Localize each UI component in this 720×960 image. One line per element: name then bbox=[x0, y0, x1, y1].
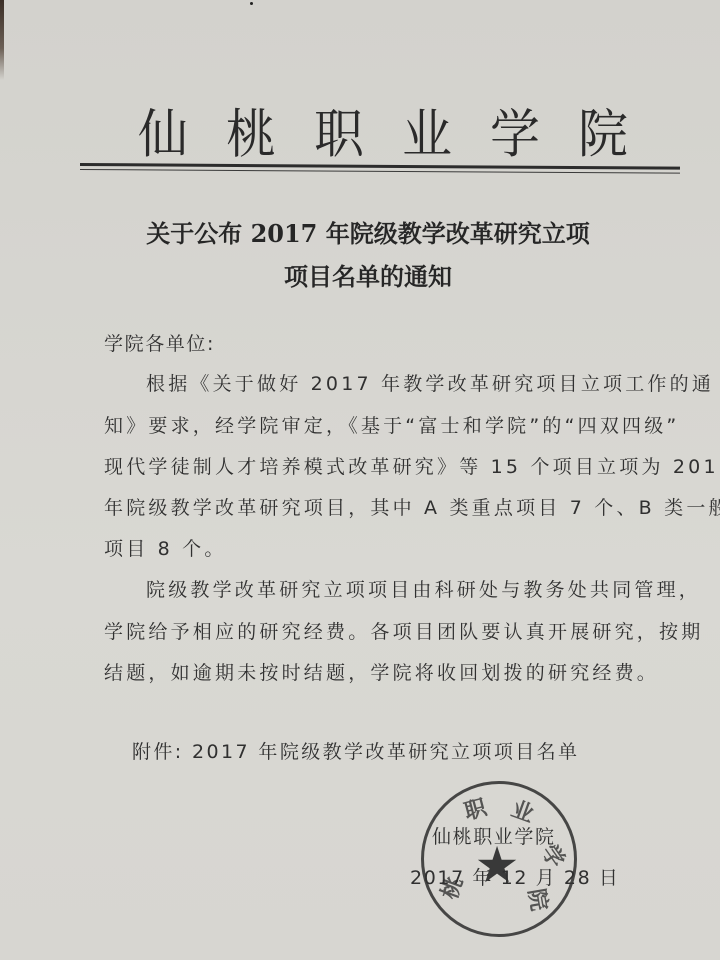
page-edge-shadow bbox=[0, 0, 4, 80]
signer-name: 仙桃职业学院 bbox=[432, 822, 556, 849]
letterhead-char: 仙 bbox=[138, 103, 188, 166]
paragraph-2-line: 学院给予相应的研究经费。各项目团队要认真开展研究，按期 bbox=[104, 617, 703, 644]
letterhead-char: 院 bbox=[578, 103, 628, 166]
notice-title-line-1: 关于公布 2017 年院级教学改革研究立项 bbox=[8, 214, 720, 249]
letterhead-char: 业 bbox=[402, 103, 452, 166]
paper-speck bbox=[250, 2, 253, 5]
letterhead-rule-thin bbox=[80, 169, 680, 174]
paragraph-1-line: 知》要求，经学院审定，《基于“富士和学院”的“四双四级” bbox=[104, 411, 679, 438]
paragraph-2-line: 结题，如逾期未按时结题，学院将收回划拨的研究经费。 bbox=[104, 658, 659, 685]
paragraph-1-line: 根据《关于做好 2017 年教学改革研究项目立项工作的通 bbox=[146, 369, 714, 396]
attachment-note: 附件: 2017 年院级教学改革研究立项项目名单 bbox=[132, 737, 579, 764]
letterhead-char: 职 bbox=[314, 103, 364, 166]
notice-title-line-2: 项目名单的通知 bbox=[8, 257, 720, 292]
letterhead: 仙 桃 职 业 学 院 bbox=[138, 104, 628, 164]
letterhead-char: 学 bbox=[490, 103, 540, 166]
paragraph-1-line: 现代学徒制人才培养模式改革研究》等 15 个项目立项为 2017 bbox=[104, 452, 720, 479]
paragraph-1-line: 项目 8 个。 bbox=[104, 534, 227, 561]
issue-date: 2017 年 12 月 28 日 bbox=[410, 863, 620, 890]
paragraph-1-line: 年院级教学改革研究项目，其中 A 类重点项目 7 个、B 类一般 bbox=[104, 493, 720, 520]
salutation: 学院各单位: bbox=[104, 329, 215, 356]
paragraph-2-line: 院级教学改革研究立项项目由科研处与教务处共同管理， bbox=[146, 575, 701, 602]
letterhead-char: 桃 bbox=[226, 103, 276, 166]
